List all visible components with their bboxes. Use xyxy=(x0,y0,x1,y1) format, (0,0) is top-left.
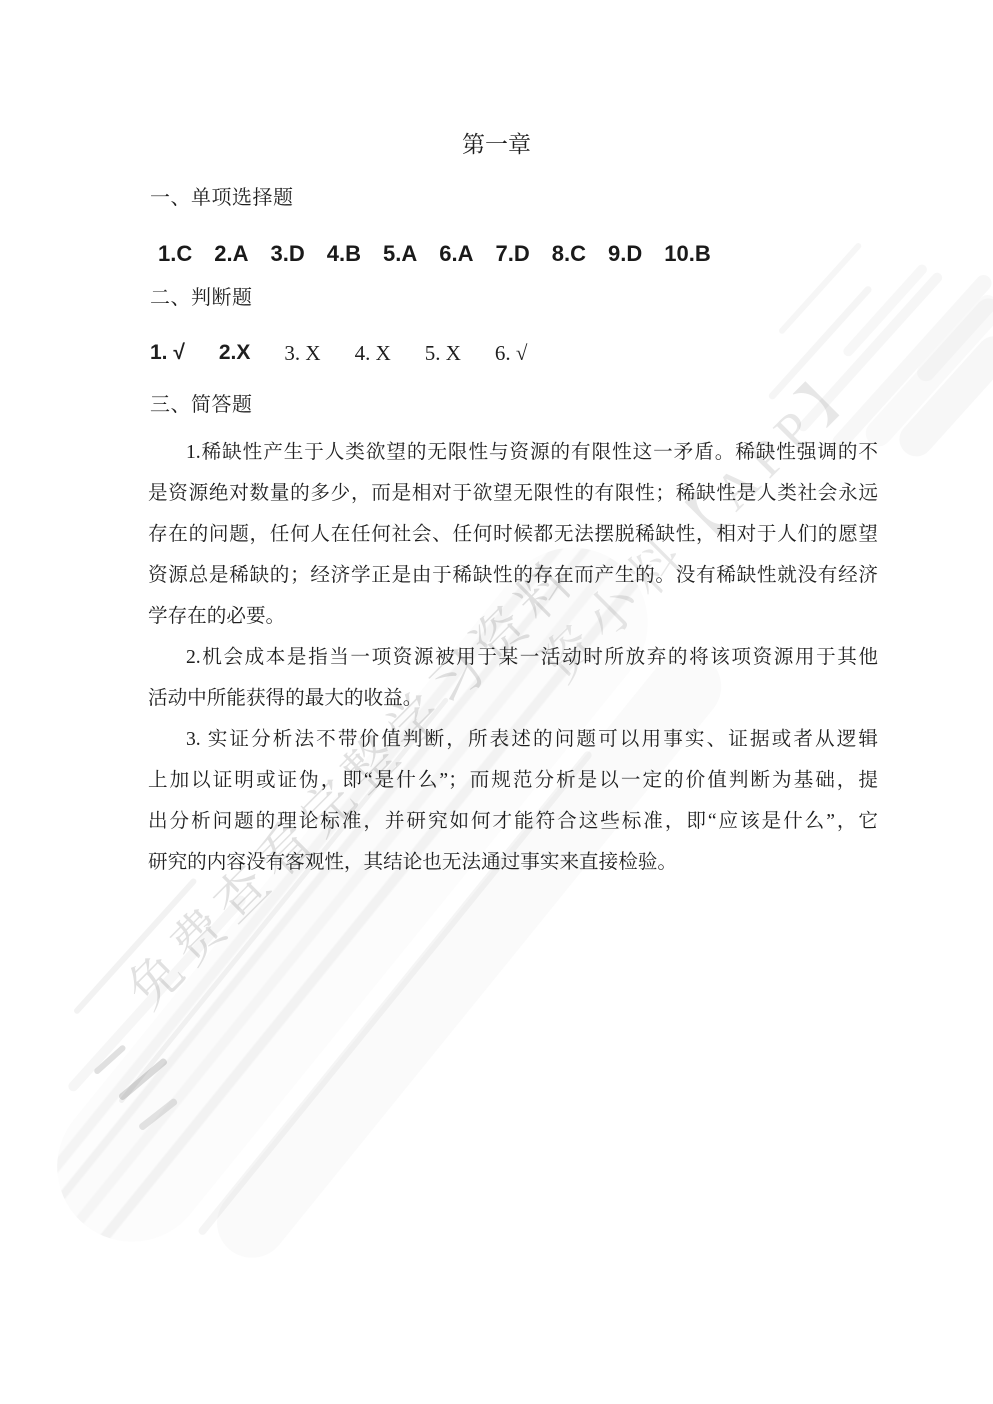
paragraph-line: 3. 实证分析法不带价值判断，所表述的问题可以用事实、证据或者从逻辑 xyxy=(148,719,878,760)
paragraph-line: 出分析问题的理论标准，并研究如何才能符合这些标准，即“应该是什么”，它 xyxy=(148,801,878,842)
document-page: 免费查看完整学习资料 资小料【APP】 第一章 一、单项选择题 1.C 2.A … xyxy=(0,0,993,1404)
paragraph-line: 资源总是稀缺的；经济学正是由于稀缺性的存在而产生的。没有稀缺性就没有经济 xyxy=(148,555,878,596)
choice-answer-item: 5.A xyxy=(383,240,417,268)
true-false-answers: 1. √ 2.X 3. X 4. X 5. X 6. √ xyxy=(150,339,527,367)
multiple-choice-answers: 1.C 2.A 3.D 4.B 5.A 6.A 7.D 8.C 9.D 10.B xyxy=(158,240,711,268)
paragraph-line: 上加以证明或证伪，即“是什么”；而规范分析是以一定的价值判断为基础，提 xyxy=(148,760,878,801)
choice-answer-item: 7.D xyxy=(496,240,530,268)
short-answer-paragraph-2: 2.机会成本是指当一项资源被用于某一活动时所放弃的将该项资源用于其他 活动中所能… xyxy=(148,637,878,719)
paragraph-line: 活动中所能获得的最大的收益。 xyxy=(148,678,878,719)
paragraph-line: 研究的内容没有客观性，其结论也无法通过事实来直接检验。 xyxy=(148,842,878,883)
choice-answer-item: 3.D xyxy=(271,240,305,268)
choice-answer-item: 10.B xyxy=(664,240,710,268)
choice-answer-item: 6.A xyxy=(439,240,473,268)
document-content: 第一章 一、单项选择题 1.C 2.A 3.D 4.B 5.A 6.A 7.D … xyxy=(0,0,993,1404)
judge-answer-item: 1. √ xyxy=(150,339,185,367)
judge-answer-item: 4. X xyxy=(355,339,391,367)
chapter-title: 第一章 xyxy=(0,131,993,159)
choice-answer-item: 8.C xyxy=(552,240,586,268)
judge-answer-item: 6. √ xyxy=(495,339,528,367)
choice-answer-item: 1.C xyxy=(158,240,192,268)
paragraph-line: 存在的问题，任何人在任何社会、任何时候都无法摆脱稀缺性，相对于人们的愿望 xyxy=(148,514,878,555)
judge-answer-item: 5. X xyxy=(425,339,461,367)
section-heading-short-answer: 三、简答题 xyxy=(150,392,253,418)
choice-answer-item: 9.D xyxy=(608,240,642,268)
section-heading-multiple-choice: 一、单项选择题 xyxy=(150,185,294,211)
judge-answer-item: 2.X xyxy=(219,339,251,367)
choice-answer-item: 4.B xyxy=(327,240,361,268)
choice-answer-item: 2.A xyxy=(214,240,248,268)
paragraph-line: 学存在的必要。 xyxy=(148,596,878,637)
paragraph-line: 是资源绝对数量的多少，而是相对于欲望无限性的有限性；稀缺性是人类社会永远 xyxy=(148,473,878,514)
judge-answer-item: 3. X xyxy=(284,339,320,367)
paragraph-line: 2.机会成本是指当一项资源被用于某一活动时所放弃的将该项资源用于其他 xyxy=(148,637,878,678)
short-answer-paragraph-3: 3. 实证分析法不带价值判断，所表述的问题可以用事实、证据或者从逻辑 上加以证明… xyxy=(148,719,878,883)
paragraph-line: 1.稀缺性产生于人类欲望的无限性与资源的有限性这一矛盾。稀缺性强调的不 xyxy=(148,432,878,473)
section-heading-true-false: 二、判断题 xyxy=(150,285,253,311)
short-answer-paragraph-1: 1.稀缺性产生于人类欲望的无限性与资源的有限性这一矛盾。稀缺性强调的不 是资源绝… xyxy=(148,432,878,637)
